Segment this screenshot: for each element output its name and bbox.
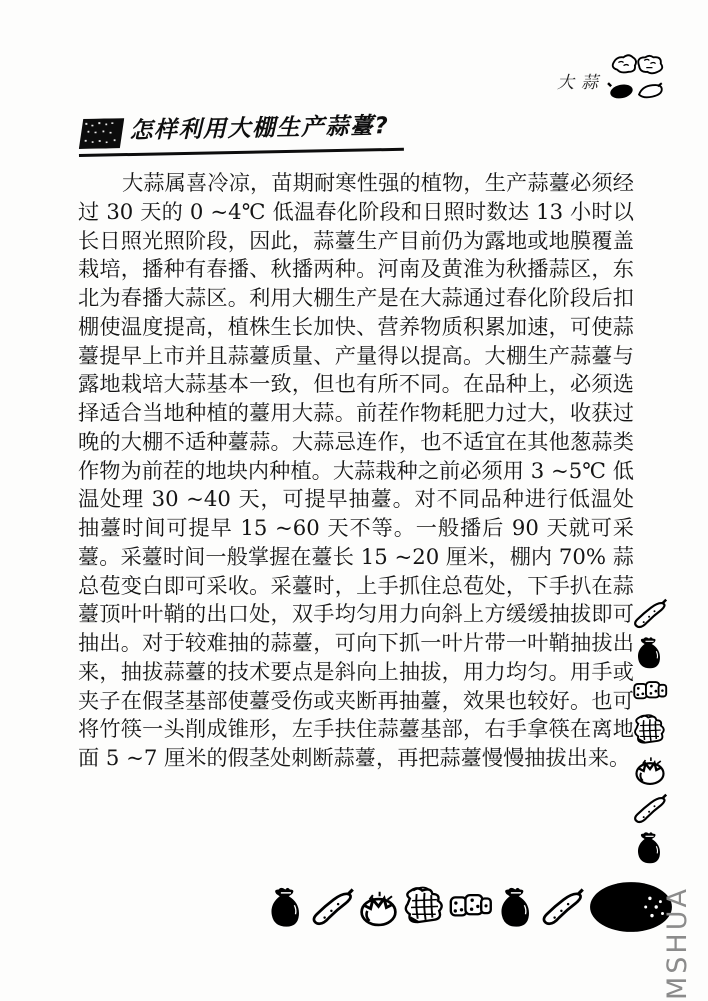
text-line: 晚的大棚不适种薹蒜。大蒜忌连作，也不适宜在其他葱蒜类 bbox=[78, 428, 634, 457]
text-line: 作物为前茬的地块内种植。大蒜栽种之前必须用 3 ~5℃ 低 bbox=[78, 457, 634, 486]
text-line: 长日照光照阶段，因此，蒜薹生产目前仍为露地或地膜覆盖 bbox=[78, 227, 634, 256]
text-line: 抽出。对于较难抽的蒜薹，可向下抓一叶片带一叶鞘抽拔出 bbox=[78, 629, 634, 658]
text-line: 来，抽拔蒜薹的技术要点是斜向上抽拔，用力均匀。用手或 bbox=[78, 658, 634, 687]
text-line: 将竹筷一头削成锥形，左手扶住蒜薹基部，右手拿筷在离地 bbox=[78, 715, 634, 744]
book-page: 大蒜 怎样利用大棚生产蒜薹? 大蒜属喜冷凉，苗期耐寒性强的植物，生产蒜薹必须经过… bbox=[0, 0, 708, 1001]
text-line: 大蒜属喜冷凉，苗期耐寒性强的植物，生产蒜薹必须经 bbox=[78, 169, 634, 198]
running-head-topic: 大蒜 bbox=[450, 68, 605, 93]
text-line: 栽培，播种有春播、秋播两种。河南及黄淮为秋播蒜区，东 bbox=[78, 255, 634, 284]
text-line: 抽薹时间可提早 15 ~60 天不等。一般播后 90 天就可采蒜 bbox=[78, 514, 634, 543]
cucumber-icon bbox=[540, 885, 585, 930]
cucumber-icon bbox=[632, 596, 668, 632]
eggplant-icon bbox=[632, 830, 668, 866]
text-line: 薹顶叶叶鞘的出口处，双手均匀用力向斜上方缓缓抽拔即可 bbox=[78, 600, 634, 629]
text-line: 北为春播大蒜区。利用大棚生产是在大蒜通过春化阶段后扣 bbox=[78, 284, 634, 313]
eggplant-icon bbox=[494, 885, 539, 930]
bottom-icon-row bbox=[264, 878, 673, 936]
corn-icon bbox=[632, 674, 668, 710]
text-line: 面 5 ~7 厘米的假茎处刺断蒜薹，再把蒜薹慢慢抽拔出来。 bbox=[78, 744, 634, 773]
text-line: 择适合当地种植的薹用大蒜。前茬作物耗肥力过大，收获过 bbox=[78, 399, 634, 428]
tomato-icon bbox=[632, 752, 668, 788]
text-line: 过 30 天的 0 ~4℃ 低温春化阶段和日照时数达 13 小时以上 bbox=[78, 198, 634, 227]
section-title: 怎样利用大棚生产蒜薹? bbox=[129, 111, 389, 146]
side-icon-column bbox=[630, 596, 670, 866]
eggplant-icon bbox=[264, 885, 309, 930]
text-line: 总苞变白即可采收。采薹时，上手抓住总苞处，下手扒在蒜 bbox=[78, 572, 634, 601]
cabbage-icon bbox=[402, 885, 447, 930]
cucumber-icon bbox=[632, 791, 668, 827]
vegetable-cluster-icon bbox=[607, 54, 669, 102]
text-line: 露地栽培大蒜基本一致，但也有所不同。在品种上，必须选 bbox=[78, 370, 634, 399]
text-line: 薹提早上市并且蒜薹质量、产量得以提高。大棚生产蒜薹与 bbox=[78, 342, 634, 371]
text-line: 夹子在假茎基部使薹受伤或夹断再抽薹，效果也较好。也可 bbox=[78, 687, 634, 716]
watermark-text: MSHUA bbox=[662, 886, 693, 1000]
section-heading: 怎样利用大棚生产蒜薹? bbox=[78, 111, 404, 157]
tomato-icon bbox=[356, 885, 401, 930]
section-badge-icon bbox=[78, 118, 125, 149]
watermelon-icon bbox=[589, 881, 673, 933]
text-line: 温处理 30 ~40 天，可提早抽薹。对不同品种进行低温处理， bbox=[78, 485, 634, 514]
text-line: 薹。采薹时间一般掌握在薹长 15 ~20 厘米，棚内 70% 蒜薹 bbox=[78, 543, 634, 572]
text-line: 棚使温度提高，植株生长加快、营养物质积累加速，可使蒜 bbox=[78, 313, 634, 342]
cucumber-icon bbox=[310, 885, 355, 930]
cabbage-icon bbox=[632, 713, 668, 749]
body-paragraph: 大蒜属喜冷凉，苗期耐寒性强的植物，生产蒜薹必须经过 30 天的 0 ~4℃ 低温… bbox=[78, 169, 634, 773]
eggplant-icon bbox=[632, 635, 668, 671]
corn-icon bbox=[448, 885, 493, 930]
